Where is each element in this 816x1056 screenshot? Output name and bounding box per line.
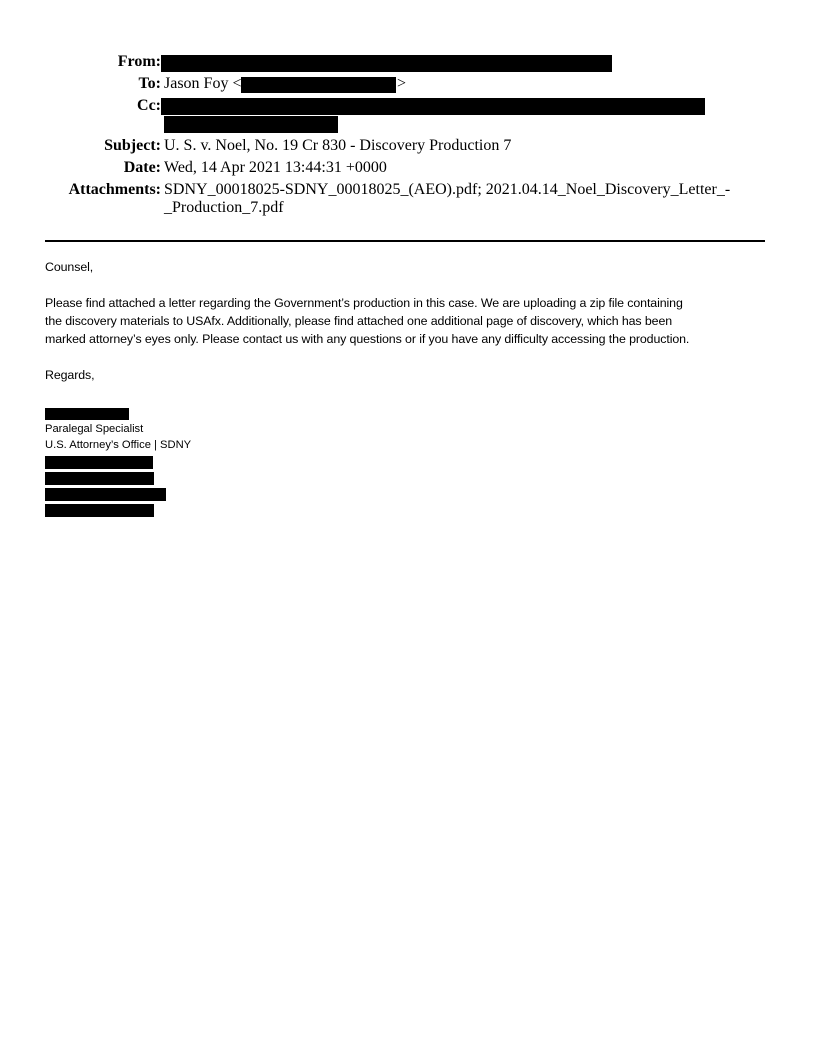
greeting: Counsel,: [45, 258, 775, 276]
cc-label: Cc:: [137, 97, 161, 115]
redacted-signature-line-3: [45, 488, 166, 501]
date-value: Wed, 14 Apr 2021 13:44:31 +0000: [164, 159, 387, 177]
attachments-row: Attachments: SDNY_00018025-SDNY_00018025…: [0, 181, 816, 201]
to-close: >: [397, 75, 406, 93]
redacted-cc-2: [164, 116, 338, 133]
redacted-cc-1: [161, 98, 705, 115]
signature-title: Paralegal Specialist: [45, 421, 143, 437]
to-row: To: Jason Foy < >: [0, 75, 816, 95]
from-row: From:: [0, 53, 816, 73]
subject-value: U. S. v. Noel, No. 19 Cr 830 - Discovery…: [164, 137, 511, 155]
redacted-signature-name: [45, 408, 129, 420]
body-line-1: Please find attached a letter regarding …: [45, 294, 775, 312]
header-divider: [45, 240, 765, 242]
to-name: Jason Foy <: [164, 75, 241, 93]
to-label: To:: [138, 75, 161, 93]
redacted-to-email: [241, 77, 396, 93]
attachments-label: Attachments:: [69, 181, 161, 199]
closing: Regards,: [45, 366, 775, 384]
attachment-link[interactable]: SDNY_00018025-SDNY_00018025_(AEO).pdf; 2…: [164, 181, 730, 199]
from-label: From:: [118, 53, 161, 71]
email-body: Counsel, Please find attached a letter r…: [45, 258, 775, 384]
body-line-2: the discovery materials to USAfx. Additi…: [45, 312, 775, 330]
redacted-signature-line-1: [45, 456, 153, 469]
date-label: Date:: [124, 159, 161, 177]
subject-label: Subject:: [104, 137, 161, 155]
redacted-signature-line-4: [45, 504, 154, 517]
date-row: Date: Wed, 14 Apr 2021 13:44:31 +0000: [0, 159, 816, 179]
subject-row: Subject: U. S. v. Noel, No. 19 Cr 830 - …: [0, 137, 816, 157]
redacted-from: [161, 55, 612, 72]
attachments-row-2: _Production_7.pdf: [0, 199, 816, 219]
signature-office: U.S. Attorney’s Office | SDNY: [45, 437, 191, 453]
body-line-3: marked attorney’s eyes only. Please cont…: [45, 330, 775, 348]
cc-row: Cc:: [0, 97, 816, 117]
attachment-link-continued[interactable]: _Production_7.pdf: [164, 199, 284, 217]
redacted-signature-line-2: [45, 472, 154, 485]
